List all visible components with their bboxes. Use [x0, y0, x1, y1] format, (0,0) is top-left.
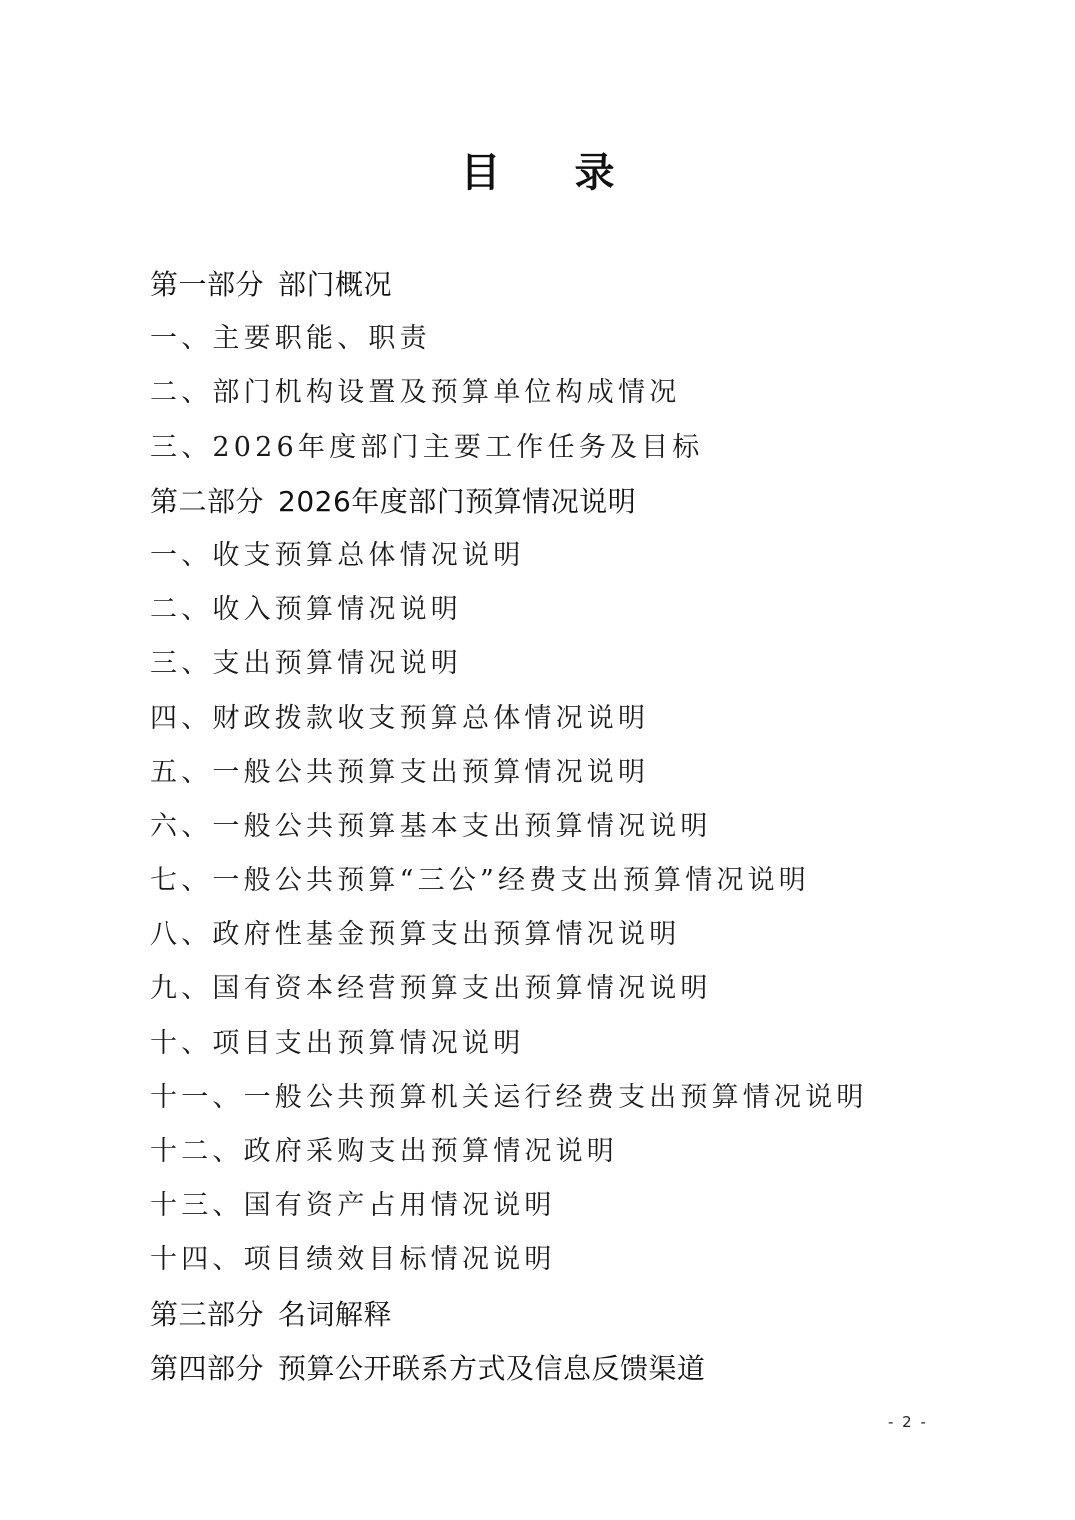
page-number: - 2 - [888, 1413, 928, 1431]
toc-part-1[interactable]: 第一部分部门概况 [150, 258, 970, 312]
toc-item[interactable]: 二、收入预算情况说明 [150, 583, 970, 637]
toc-item[interactable]: 十四、项目绩效目标情况说明 [150, 1233, 970, 1287]
toc-part-number: 第四部分 [150, 1352, 264, 1385]
page-title: 目录 [0, 148, 1075, 198]
toc-part-number: 第二部分 [150, 485, 264, 518]
toc-part-2[interactable]: 第二部分2026年度部门预算情况说明 [150, 475, 970, 529]
toc-item[interactable]: 七、一般公共预算“三公”经费支出预算情况说明 [150, 854, 970, 908]
toc-item[interactable]: 十三、国有资产占用情况说明 [150, 1179, 970, 1233]
toc-item[interactable]: 八、政府性基金预算支出预算情况说明 [150, 908, 970, 962]
toc-part-label: 名词解释 [278, 1298, 392, 1331]
toc-item[interactable]: 五、一般公共预算支出预算情况说明 [150, 746, 970, 800]
toc-item[interactable]: 一、收支预算总体情况说明 [150, 529, 970, 583]
toc-item[interactable]: 三、支出预算情况说明 [150, 637, 970, 691]
toc-item[interactable]: 二、部门机构设置及预算单位构成情况 [150, 366, 970, 420]
title-char-1: 目 [458, 148, 504, 198]
toc-part-number: 第一部分 [150, 268, 264, 301]
toc-item[interactable]: 六、一般公共预算基本支出预算情况说明 [150, 800, 970, 854]
title-char-2: 录 [572, 148, 618, 198]
toc-item[interactable]: 三、2026年度部门主要工作任务及目标 [150, 421, 970, 475]
toc-item[interactable]: 十二、政府采购支出预算情况说明 [150, 1125, 970, 1179]
toc-part-4[interactable]: 第四部分预算公开联系方式及信息反馈渠道 [150, 1342, 970, 1396]
toc-item[interactable]: 四、财政拨款收支预算总体情况说明 [150, 692, 970, 746]
toc-part-label: 预算公开联系方式及信息反馈渠道 [278, 1352, 706, 1385]
toc-part-3[interactable]: 第三部分名词解释 [150, 1288, 970, 1342]
toc-item[interactable]: 十一、一般公共预算机关运行经费支出预算情况说明 [150, 1071, 970, 1125]
table-of-contents: 第一部分部门概况 一、主要职能、职责 二、部门机构设置及预算单位构成情况 三、2… [150, 258, 970, 1396]
toc-part-number: 第三部分 [150, 1298, 264, 1331]
toc-item[interactable]: 十、项目支出预算情况说明 [150, 1017, 970, 1071]
toc-item[interactable]: 一、主要职能、职责 [150, 312, 970, 366]
toc-part-label: 2026年度部门预算情况说明 [278, 485, 636, 518]
toc-part-label: 部门概况 [278, 268, 392, 301]
toc-item[interactable]: 九、国有资本经营预算支出预算情况说明 [150, 962, 970, 1016]
